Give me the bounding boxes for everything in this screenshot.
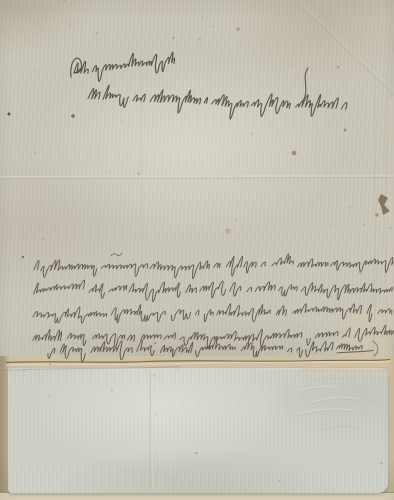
folded-flap — [8, 368, 388, 493]
body-line-4-text: Da Euer Wohlgebohren diese Veränderung n… — [31, 323, 375, 345]
salutation-line-2-text: hochzuverehrender Herr Gevatter! — [85, 72, 315, 108]
body-line-5-text: bekannt war, so haben Sie die Quittung — — [46, 344, 376, 366]
body-line-3-text: abgenommen, und mir d. übertragen worden… — [31, 299, 371, 321]
body-line-2-text: Meisner die hiesige Post Schuldbuch Rent… — [32, 276, 372, 298]
under-sheet-bottom-edge — [0, 492, 394, 500]
letter-photo: Wohlgebohrner, hochzuverehrender Herr Ge… — [0, 0, 394, 500]
body-line-1-text: Seit dem 1ten July 1814 ist dem Herrn Sc… — [32, 252, 372, 274]
